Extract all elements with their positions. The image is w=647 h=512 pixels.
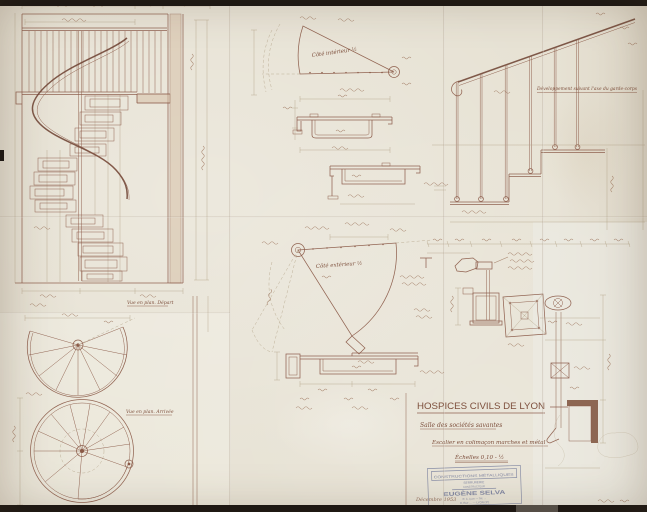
dimension-chain xyxy=(427,239,630,253)
detail-tread-section-mid xyxy=(328,163,448,204)
fold-crease-horizontal xyxy=(0,216,647,218)
plan-arrival: Vue en plan. Arrivée xyxy=(13,296,208,505)
detail-tread-section-upper xyxy=(283,100,392,153)
title-scales: Échelles 0,10 - ½ xyxy=(454,453,504,461)
outer-tread-label: Côté extérieur ½ xyxy=(316,260,363,270)
detail-inner-tread-fan: Côté intérieur ½ xyxy=(251,17,411,102)
detail-baluster-foot xyxy=(451,253,534,325)
scan-border-top xyxy=(0,0,647,6)
scanned-architectural-drawing: { "colors": { "paper": "#e7e2d4", "ink_s… xyxy=(0,0,647,512)
scan-border-smudge xyxy=(516,505,558,512)
handrail-development: Développement suivant l'axe du garde-cor… xyxy=(432,13,645,230)
stamp-line2: SERRURERIE xyxy=(463,480,484,485)
plan-departure-label: Vue en plan. Départ xyxy=(127,299,174,306)
title-description: Escalier en colimaçon marches et métal xyxy=(431,439,546,446)
scan-edge-notch xyxy=(0,150,4,161)
fold-crease-vertical xyxy=(229,6,231,505)
detail-plate-plan xyxy=(503,294,557,346)
drawing-linework: Vue en plan. Départ Vue en plan. Arrivée… xyxy=(0,0,647,512)
title-institution: HOSPICES CIVILS DE LYON xyxy=(417,401,545,411)
stamp-line3: CONSTRUCTEUR xyxy=(463,484,485,489)
detail-handrail-section xyxy=(540,295,610,468)
development-label: Développement suivant l'axe du garde-cor… xyxy=(536,85,637,92)
title-subject: Salle des sociétés savantes xyxy=(420,422,502,429)
detail-outer-tread-fan: Côté extérieur ½ xyxy=(252,223,432,364)
fold-crease-vertical xyxy=(542,6,544,505)
fold-crease-horizontal xyxy=(0,312,230,314)
plan-arrival-label: Vue en plan. Arrivée xyxy=(126,408,174,415)
elevation-spiral-staircase xyxy=(15,4,210,298)
fold-crease-vertical xyxy=(443,6,445,505)
inner-tread-label: Côté intérieur ½ xyxy=(311,46,357,59)
